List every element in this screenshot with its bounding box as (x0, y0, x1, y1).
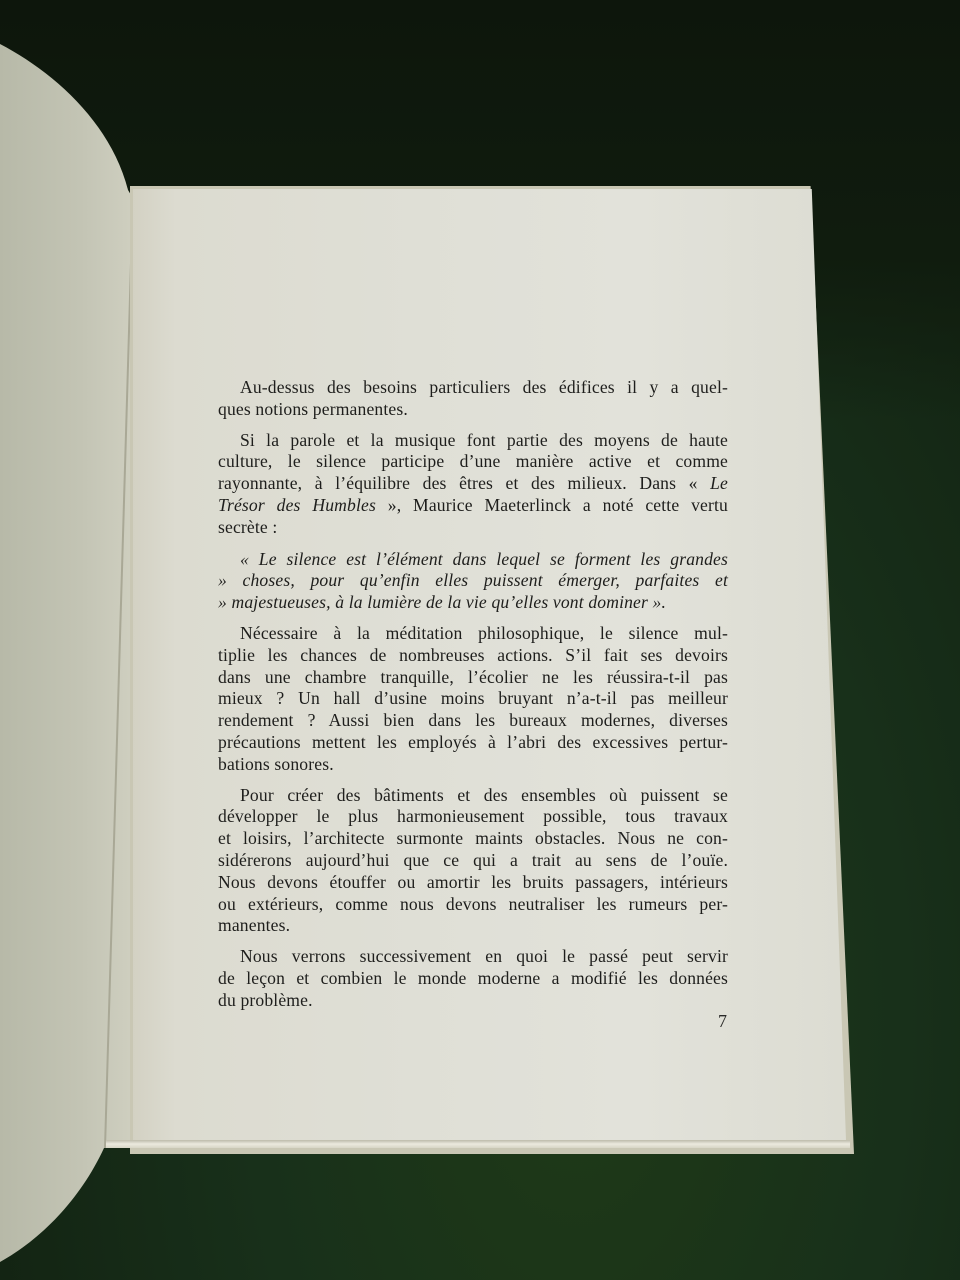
text-line: tiplie les chances de nombreuses actions… (218, 645, 728, 667)
book-title-fragment: Le (710, 473, 728, 493)
text-line: du problème. (218, 990, 728, 1012)
quote-line: » majestueuses, à la lumière de la vie q… (218, 592, 728, 614)
text-line: rayonnante, à l’équilibre des êtres et d… (218, 473, 728, 495)
paragraph-3: Nécessaire à la méditation philosophique… (218, 623, 728, 776)
text-line: Au-dessus des besoins particuliers des é… (218, 377, 728, 399)
text-line: Nécessaire à la méditation philosophique… (218, 623, 728, 645)
text-line: Pour créer des bâtiments et des ensemble… (218, 785, 728, 807)
page-bottom-edge (106, 1140, 850, 1148)
paragraph-2: Si la parole et la musique font partie d… (218, 430, 728, 539)
text-line: bations sonores. (218, 754, 728, 776)
text-line: ques notions permanentes. (218, 399, 728, 421)
paragraph-4: Pour créer des bâtiments et des ensemble… (218, 785, 728, 938)
quote-line: » choses, pour qu’enfin elles puissent é… (218, 570, 728, 592)
text-line: Nous verrons successivement en quoi le p… (218, 946, 728, 968)
text-line: précautions mettent les employés à l’abr… (218, 732, 728, 754)
text-line: Si la parole et la musique font partie d… (218, 430, 728, 452)
text-fragment: rayonnante, à l’équilibre des êtres et d… (218, 473, 710, 493)
text-line: dans une chambre tranquille, l’écolier n… (218, 667, 728, 689)
book-title-fragment: Trésor des Humbles (218, 495, 376, 515)
block-quote: « Le silence est l’élément dans lequel s… (218, 549, 728, 614)
page-text: Au-dessus des besoins particuliers des é… (218, 377, 728, 1021)
text-line: rendement ? Aussi bien dans les bureaux … (218, 710, 728, 732)
photo-scene: Au-dessus des besoins particuliers des é… (0, 0, 960, 1280)
text-fragment: », Maurice Maeterlinck a noté cette vert… (376, 495, 728, 515)
text-line: Nous devons étouffer ou amortir les brui… (218, 872, 728, 894)
page-number: 7 (718, 1011, 727, 1032)
text-line: manentes. (218, 915, 728, 937)
paragraph-1: Au-dessus des besoins particuliers des é… (218, 377, 728, 421)
quote-line: « Le silence est l’élément dans lequel s… (218, 549, 728, 571)
text-line: ou extérieurs, comme nous devons neutral… (218, 894, 728, 916)
text-line: culture, le silence participe d’une mani… (218, 451, 728, 473)
text-line: mieux ? Un hall d’usine moins bruyant n’… (218, 688, 728, 710)
text-line: développer le plus harmonieusement possi… (218, 806, 728, 828)
text-line: secrète : (218, 517, 728, 539)
text-line: de leçon et combien le monde moderne a m… (218, 968, 728, 990)
paragraph-5: Nous verrons successivement en quoi le p… (218, 946, 728, 1011)
text-line: sidérerons aujourd’hui que ce qui a trai… (218, 850, 728, 872)
text-line: et loisirs, l’architecte surmonte maints… (218, 828, 728, 850)
text-line: Trésor des Humbles », Maurice Maeterlinc… (218, 495, 728, 517)
